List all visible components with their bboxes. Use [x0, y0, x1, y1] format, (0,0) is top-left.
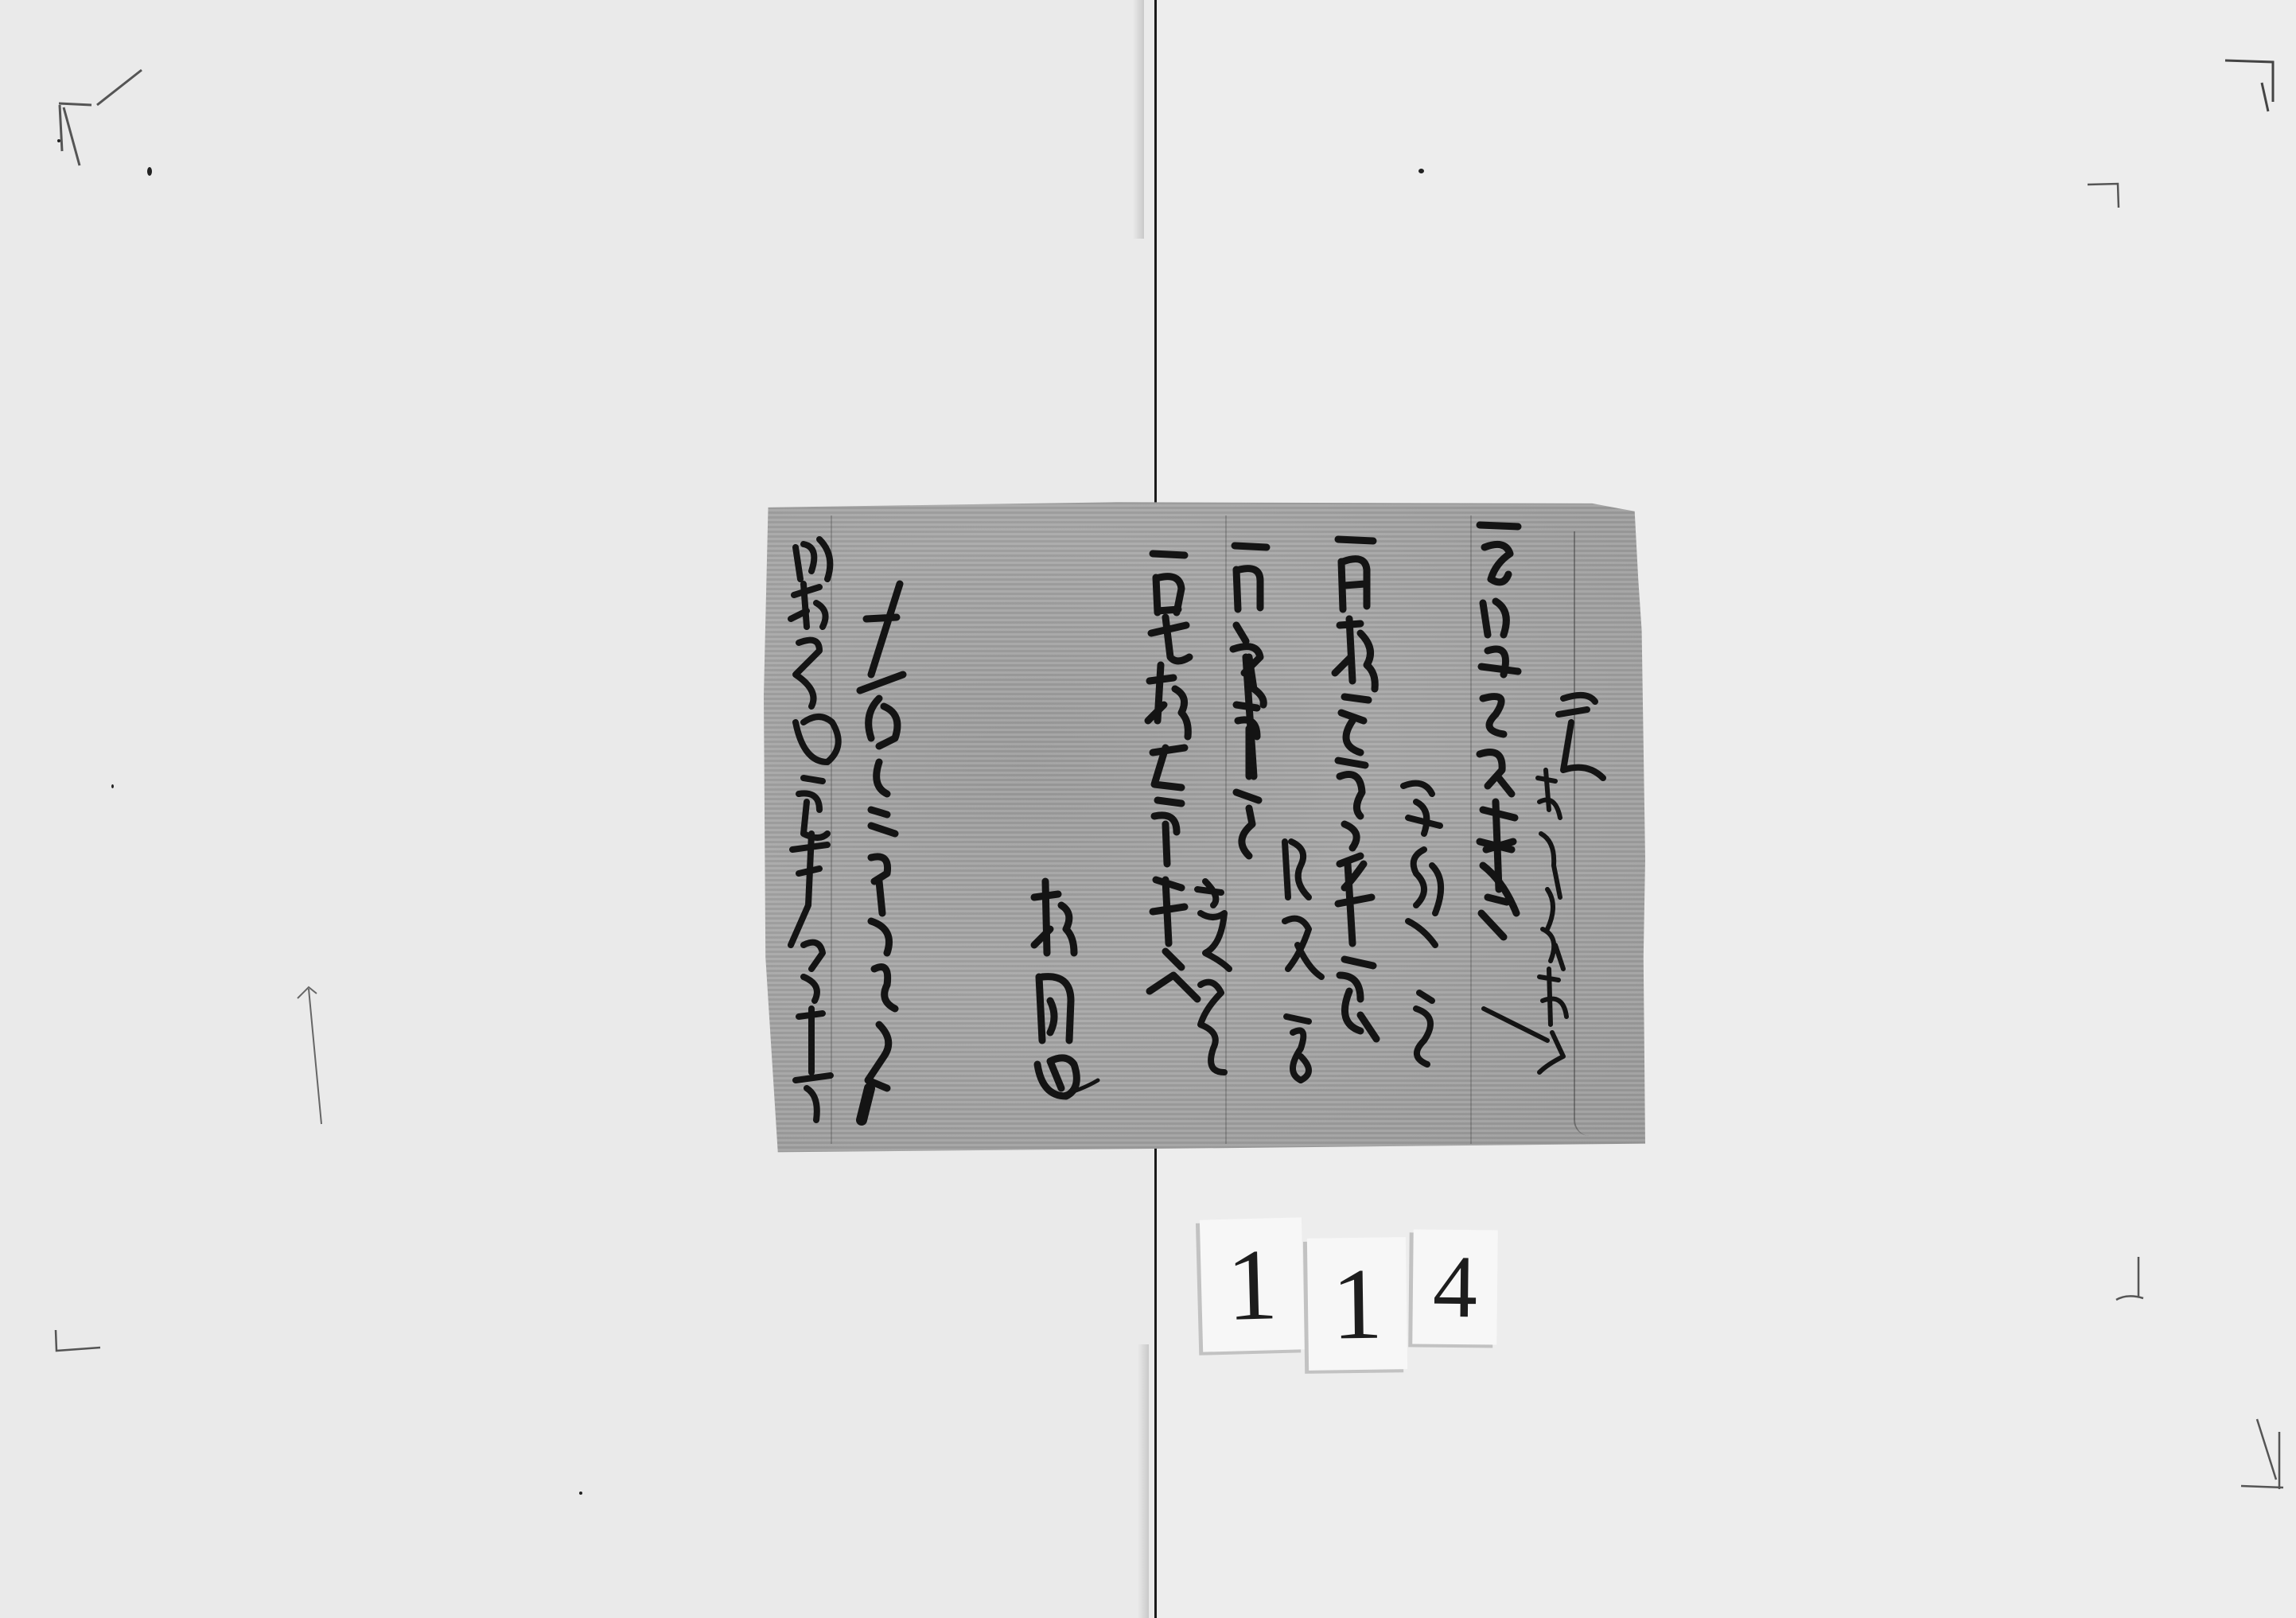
fold-shadow-top — [1133, 0, 1144, 239]
text-column-11-date — [788, 531, 859, 1136]
number-tag-digit-2: 1 — [1307, 1237, 1407, 1371]
dust-speck — [147, 167, 152, 176]
corner-mark-upper-inner — [2086, 181, 2118, 213]
corner-mark-bottom-right — [2240, 1416, 2287, 1495]
text-column-3 — [1400, 770, 1464, 1088]
number-tag-digit-2-text: 1 — [1331, 1253, 1383, 1355]
dust-speck — [579, 1492, 582, 1495]
corner-mark-bottom-left — [53, 1328, 108, 1360]
corner-mark-top-left — [48, 64, 159, 135]
number-tag-digit-1-text: 1 — [1225, 1233, 1278, 1336]
dust-speck — [57, 139, 60, 142]
corner-mark-top-right — [2224, 56, 2279, 111]
fold-shadow-bottom — [1138, 1344, 1149, 1618]
text-column-9-signature — [1026, 881, 1114, 1120]
dust-speck — [1418, 169, 1424, 173]
text-column-10 — [855, 579, 943, 1136]
number-tag-digit-3: 4 — [1412, 1229, 1498, 1344]
number-tag-digit-3-text: 4 — [1432, 1243, 1477, 1332]
text-column-8 — [1142, 546, 1221, 1071]
number-tag-digit-1: 1 — [1200, 1217, 1305, 1352]
text-column-2 — [1531, 690, 1619, 1088]
historical-document — [764, 500, 1645, 1153]
corner-mark-lower-inner — [2111, 1255, 2143, 1303]
arrow-up-icon — [296, 982, 336, 1134]
dust-speck — [111, 784, 114, 788]
